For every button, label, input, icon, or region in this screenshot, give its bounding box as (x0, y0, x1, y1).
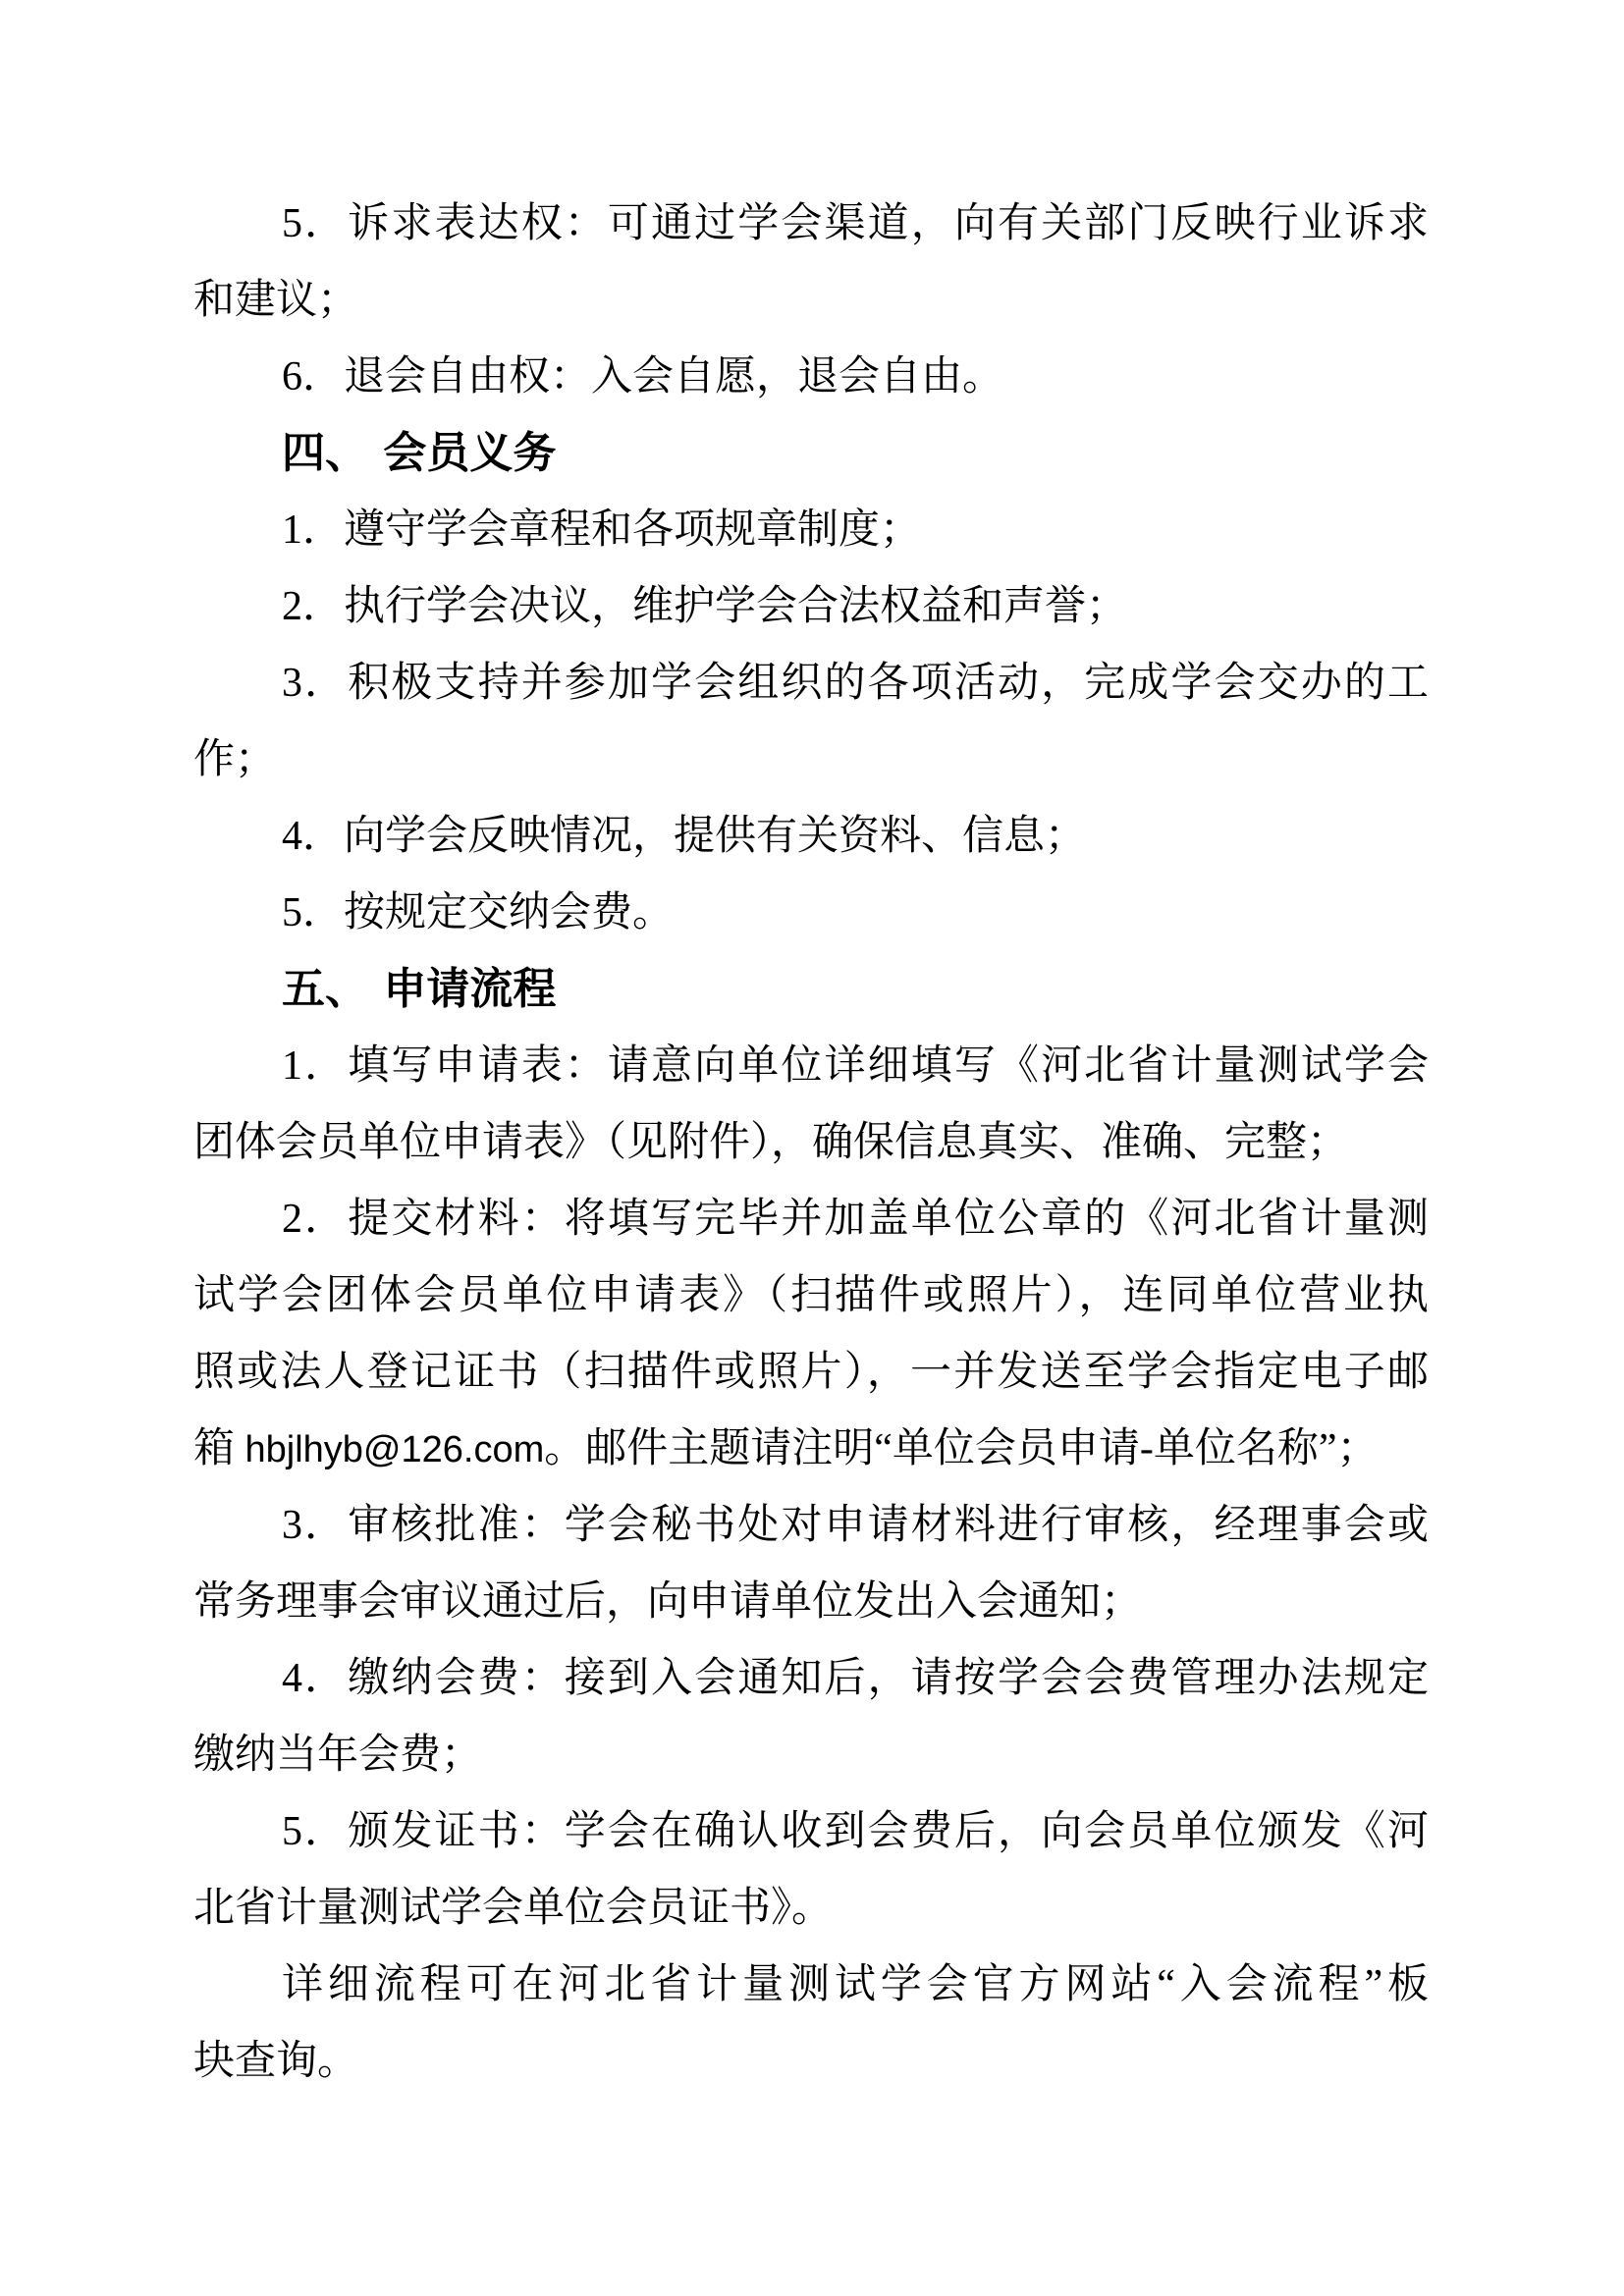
process-step-1-line-2: 团体会员单位申请表》（见附件），确保信息真实、准确、完整； (193, 1104, 1429, 1181)
rights-item-6: 6．退会自由权：入会自愿，退会自由。 (193, 339, 1429, 415)
obligation-item-4: 4．向学会反映情况，提供有关资料、信息； (193, 798, 1429, 875)
rights-item-5-line-2: 和建议； (193, 262, 1429, 339)
process-step-2-line-4: 箱 hbjlhyb@126.com。邮件主题请注明“单位会员申请-单位名称”； (193, 1411, 1429, 1487)
process-step-1-line-1: 1．填写申请表：请意向单位详细填写《河北省计量测试学会 (193, 1028, 1429, 1104)
process-step-2-line-1: 2．提交材料：将填写完毕并加盖单位公章的《河北省计量测 (193, 1181, 1429, 1257)
detail-note-line-1: 详细流程可在河北省计量测试学会官方网站“入会流程”板 (193, 1947, 1429, 2023)
process-step-2-line-3: 照或法人登记证书（扫描件或照片），一并发送至学会指定电子邮 (193, 1334, 1429, 1411)
email-line-suffix: 。邮件主题请注明“单位会员申请-单位名称”； (544, 1426, 1378, 1471)
rights-item-5-line-1: 5．诉求表达权：可通过学会渠道，向有关部门反映行业诉求 (193, 186, 1429, 262)
process-step-4-line-1: 4．缴纳会费：接到入会通知后，请按学会会费管理办法规定 (193, 1640, 1429, 1717)
email-line-prefix: 箱 (193, 1426, 245, 1471)
process-step-4-line-2: 缴纳当年会费； (193, 1717, 1429, 1793)
section-heading-application-process: 五、 申请流程 (193, 951, 1429, 1028)
section-heading-member-obligations: 四、 会员义务 (193, 415, 1429, 492)
obligation-item-5: 5．按规定交纳会费。 (193, 875, 1429, 951)
process-step-2-line-2: 试学会团体会员单位申请表》（扫描件或照片），连同单位营业执 (193, 1257, 1429, 1334)
process-step-3-line-1: 3．审核批准：学会秘书处对申请材料进行审核，经理事会或 (193, 1487, 1429, 1564)
detail-note-line-2: 块查询。 (193, 2023, 1429, 2100)
obligation-item-2: 2．执行学会决议，维护学会合法权益和声誉； (193, 568, 1429, 645)
process-step-3-line-2: 常务理事会审议通过后，向申请单位发出入会通知； (193, 1564, 1429, 1640)
email-address: hbjlhyb@126.com (245, 1429, 545, 1470)
process-step-5-line-2: 北省计量测试学会单位会员证书》。 (193, 1870, 1429, 1947)
obligation-item-3-line-1: 3．积极支持并参加学会组织的各项活动，完成学会交办的工 (193, 645, 1429, 721)
obligation-item-3-line-2: 作； (193, 721, 1429, 798)
document-text-block: 5．诉求表达权：可通过学会渠道，向有关部门反映行业诉求 和建议； 6．退会自由权… (193, 186, 1429, 2100)
process-step-5-line-1: 5．颁发证书：学会在确认收到会费后，向会员单位颁发《河 (193, 1793, 1429, 1870)
document-page: 5．诉求表达权：可通过学会渠道，向有关部门反映行业诉求 和建议； 6．退会自由权… (0, 0, 1624, 2296)
obligation-item-1: 1．遵守学会章程和各项规章制度； (193, 492, 1429, 568)
